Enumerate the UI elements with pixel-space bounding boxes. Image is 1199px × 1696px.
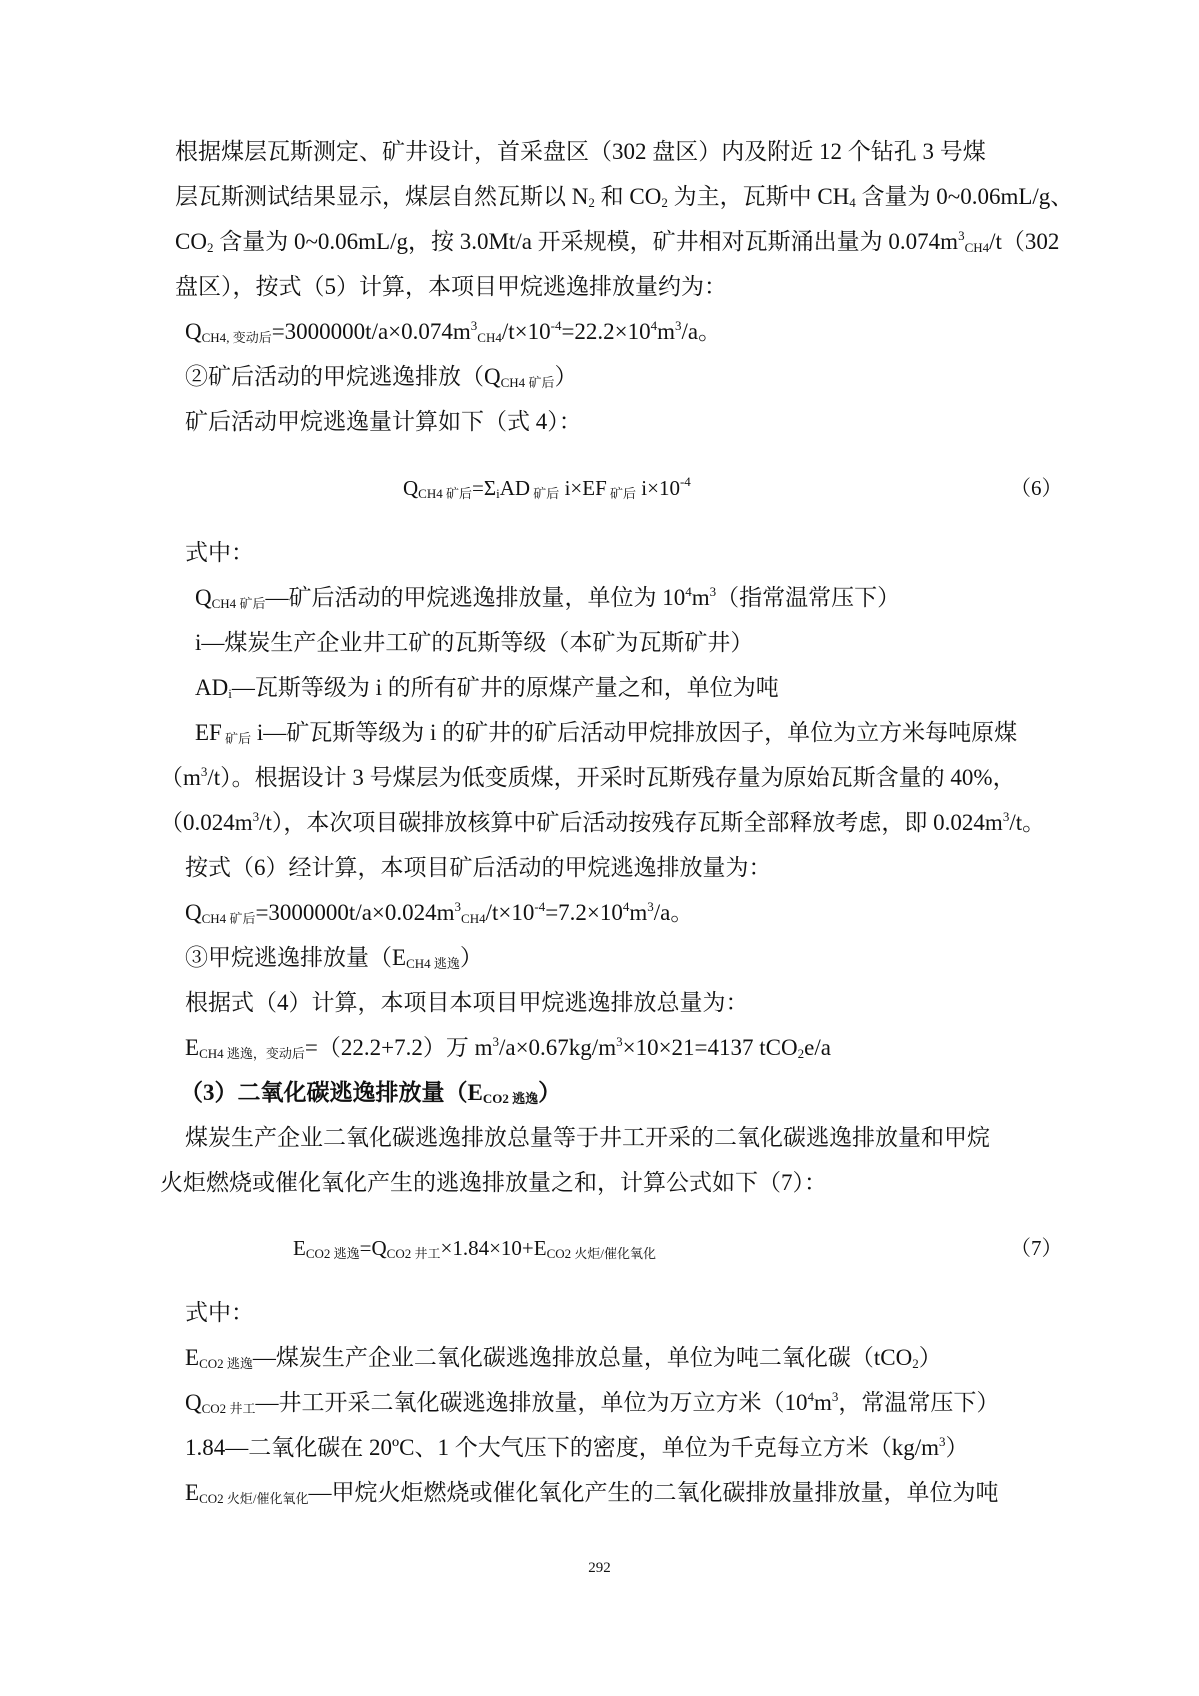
equation-6-number: （6） (1010, 473, 1063, 503)
definition-eco2-flare: ECO2 火炬/催化氧化—甲烷火炬燃烧或催化氧化产生的二氧化碳排放量排放量，单位… (185, 1478, 980, 1514)
heading-methane-escape: ③甲烷逃逸排放量（ECH4 逃逸） (185, 943, 483, 979)
page-number: 292 (0, 1560, 1199, 1577)
paragraph-1-line-1: 根据煤层瓦斯测定、矿井设计，首采盘区（302 盘区）内及附近 12 个钻孔 3 … (175, 137, 967, 167)
calc-3-intro: 根据式（4）计算，本项目本项目甲烷逃逸排放总量为： (185, 988, 749, 1018)
equation-7-number: （7） (1010, 1233, 1063, 1263)
calc-qch4-post-mining: QCH4 矿后=3000000t/a×0.024m3CH4/t×10-4=7.2… (185, 898, 693, 934)
definition-qch4-post-mining: QCH4 矿后—矿后活动的甲烷逃逸排放量，单位为 104m3（指常温常压下） (195, 583, 900, 619)
where-label-1: 式中： (185, 538, 254, 568)
paragraph-2-line-1: 煤炭生产企业二氧化碳逃逸排放总量等于井工开采的二氧化碳逃逸排放量和甲烷 (185, 1123, 980, 1153)
definition-co2-density: 1.84—二氧化碳在 20ºC、1 个大气压下的密度，单位为千克每立方米（kg/… (185, 1433, 969, 1463)
definition-i: i—煤炭生产企业井工矿的瓦斯等级（本矿为瓦斯矿井） (195, 628, 753, 658)
definition-eco2-escape: ECO2 逃逸—煤炭生产企业二氧化碳逃逸排放总量，单位为吨二氧化碳（tCO2） (185, 1343, 942, 1379)
calc-ech4-total: ECH4 逃逸，变动后=（22.2+7.2）万 m3/a×0.67kg/m3×1… (185, 1033, 831, 1069)
paragraph-1-line-3: CO2 含量为 0~0.06mL/g，按 3.0Mt/a 开采规模，矿井相对瓦斯… (175, 227, 981, 257)
section-heading-co2-escape: （3）二氧化碳逃逸排放量（ECO2 逃逸） (180, 1078, 561, 1114)
equation-6: QCH4 矿后=ΣiAD 矿后 i×EF 矿后 i×10-4 (403, 473, 691, 509)
definition-ef-line-3: （0.024m3/t），本次项目碳排放核算中矿后活动按残存瓦斯全部释放考虑，即 … (160, 808, 980, 838)
definition-ef-post-mining: EF 矿后 i—矿瓦斯等级为 i 的矿井的矿后活动甲烷排放因子，单位为立方米每吨… (195, 718, 980, 754)
definition-adi: ADi—瓦斯等级为 i 的所有矿井的原煤产量之和，单位为吨 (195, 673, 779, 703)
paragraph-2-line-2: 火炬燃烧或催化氧化产生的逃逸排放量之和，计算公式如下（7）： (160, 1168, 827, 1198)
document-page: 根据煤层瓦斯测定、矿井设计，首采盘区（302 盘区）内及附近 12 个钻孔 3 … (0, 0, 1199, 1696)
paragraph-1-line-4: 盘区），按式（5）计算，本项目甲烷逃逸排放量约为： (175, 272, 727, 302)
heading-post-mining-emission: ②矿后活动的甲烷逃逸排放（QCH4 矿后） (185, 362, 577, 398)
calc-2-intro: 按式（6）经计算，本项目矿后活动的甲烷逃逸排放量为： (185, 853, 772, 883)
equation-7: ECO2 逃逸=QCO2 井工×1.84×10+ECO2 火炬/催化氧化 (293, 1233, 656, 1269)
where-label-2: 式中： (185, 1298, 254, 1328)
formula-6-intro: 矿后活动甲烷逃逸量计算如下（式 4）： (185, 407, 582, 437)
calc-qch4-after-change: QCH4, 变动后=3000000t/a×0.074m3CH4/t×10-4=2… (185, 317, 721, 353)
definition-qco2-underground: QCO2 井工—井工开采二氧化碳逃逸排放量，单位为万立方米（104m3，常温常压… (185, 1388, 999, 1424)
definition-ef-line-2: （m3/t）。根据设计 3 号煤层为低变质煤，开采时瓦斯残存量为原始瓦斯含量的 … (160, 763, 980, 793)
paragraph-1-line-2: 层瓦斯测试结果显示，煤层自然瓦斯以 N2 和 CO2 为主，瓦斯中 CH4 含量… (175, 182, 981, 212)
